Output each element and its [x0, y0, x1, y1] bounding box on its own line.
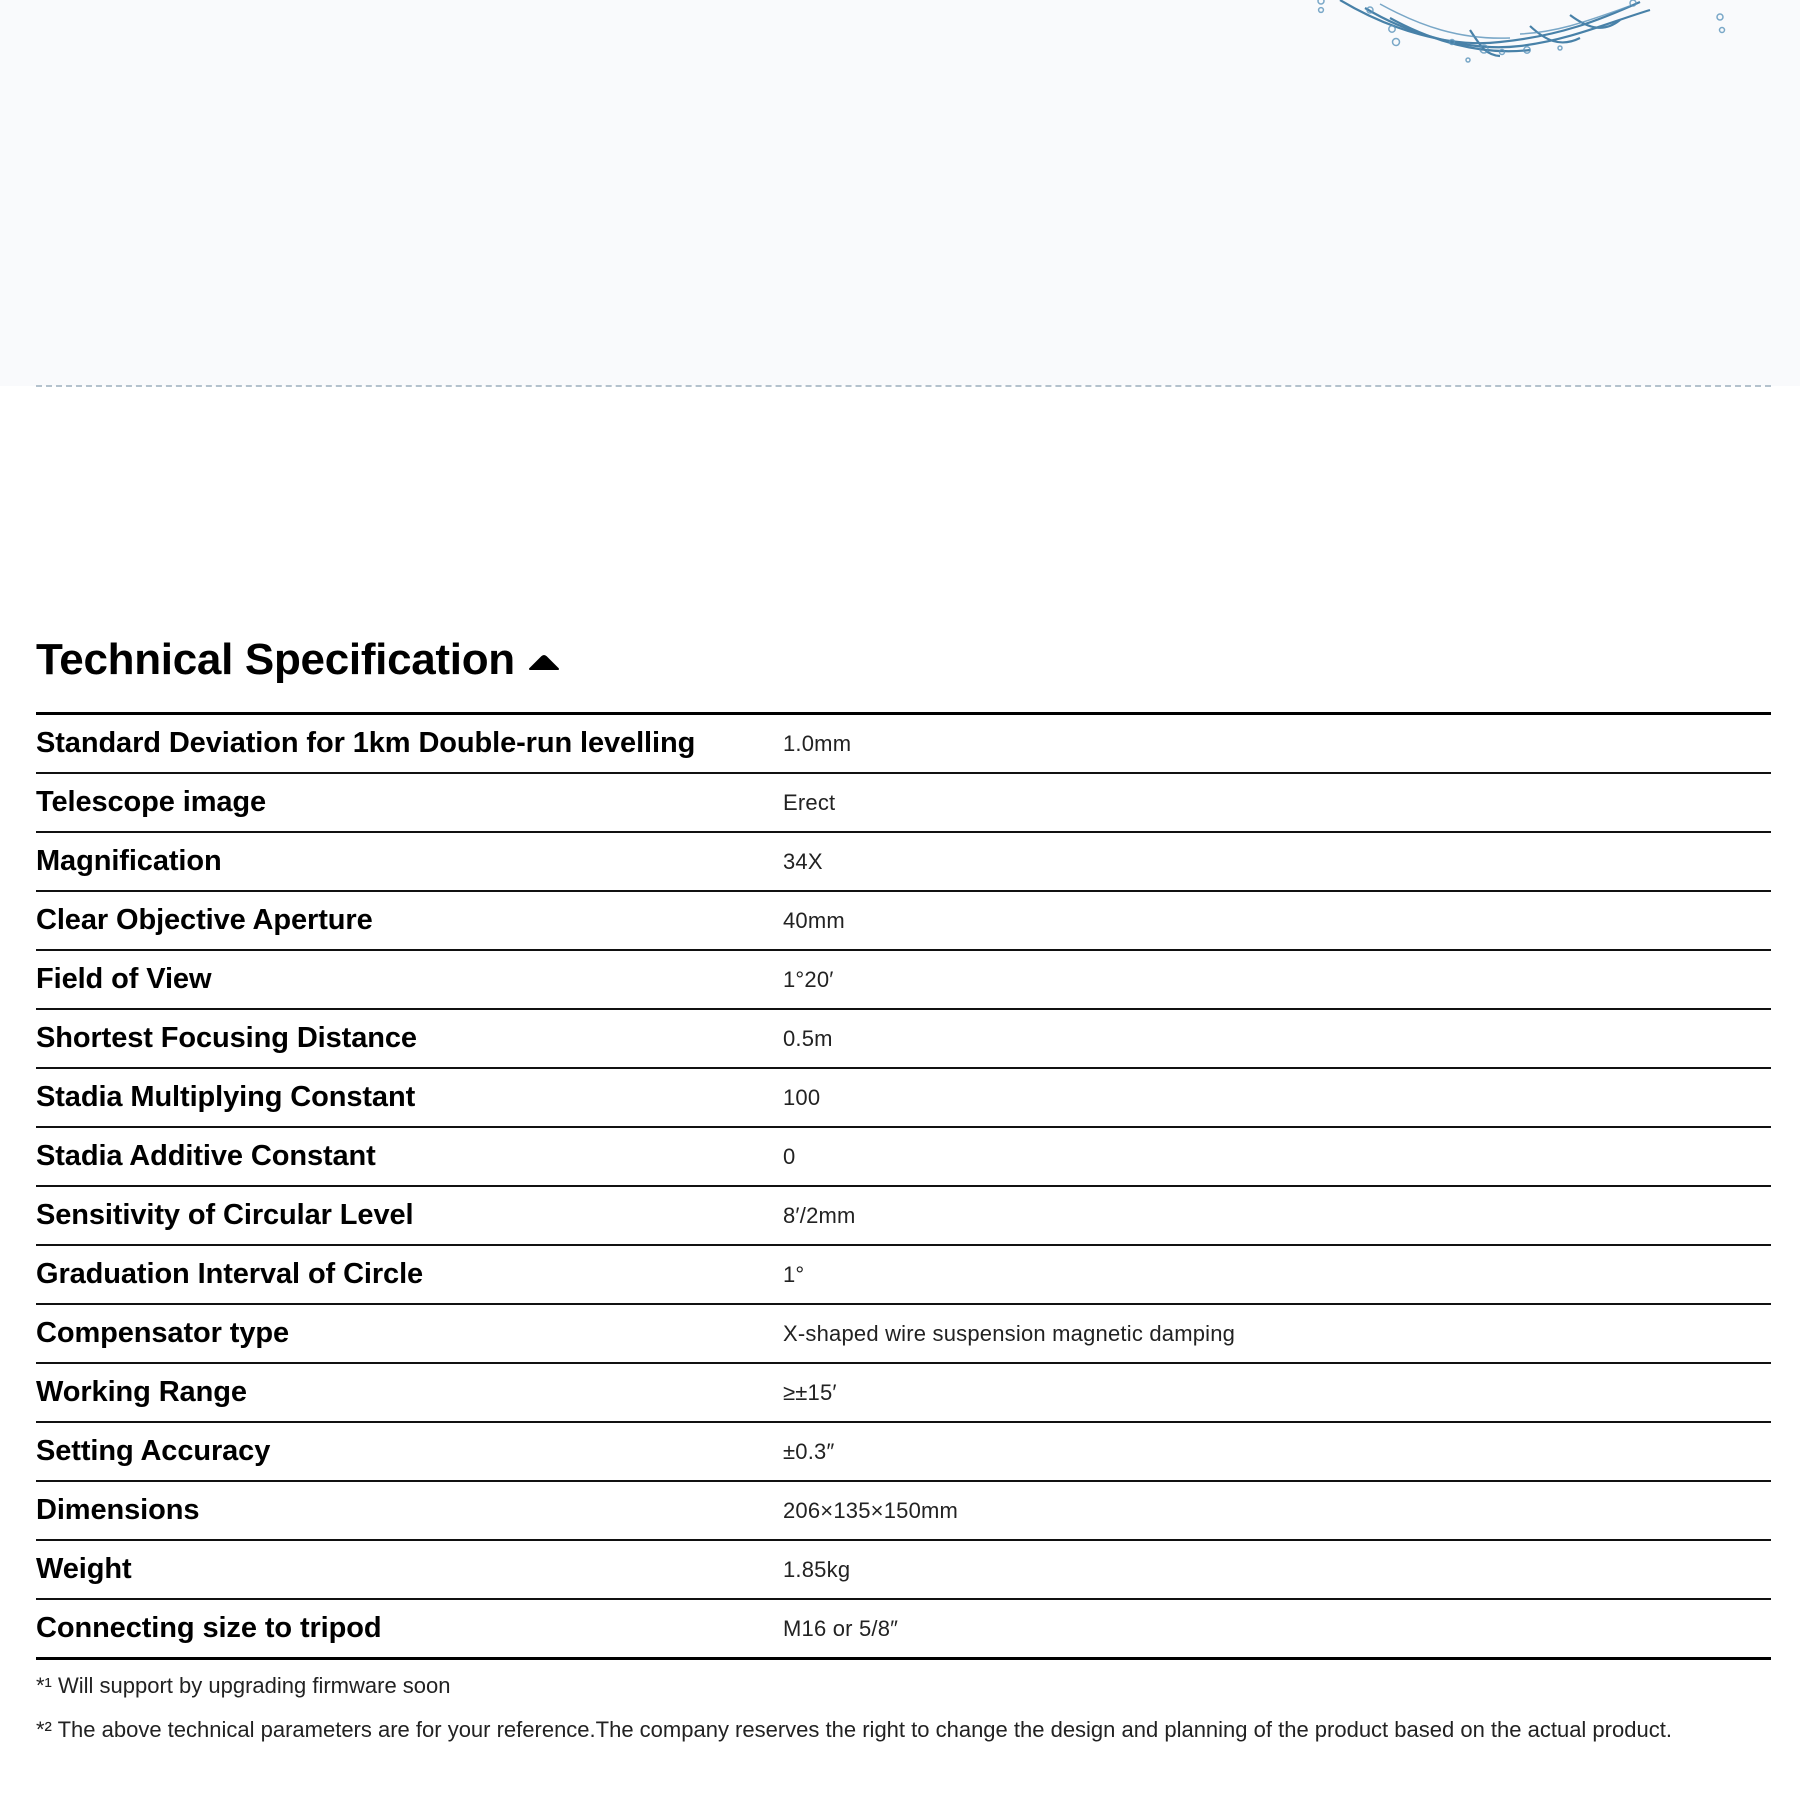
spec-row: Clear Objective Aperture40mm	[36, 892, 1771, 951]
spec-value: 34X	[783, 849, 823, 875]
spec-label: Weight	[36, 1553, 783, 1586]
spec-row: Compensator typeX-shaped wire suspension…	[36, 1305, 1771, 1364]
spec-row: Stadia Multiplying Constant100	[36, 1069, 1771, 1128]
spec-label: Stadia Additive Constant	[36, 1140, 783, 1173]
spec-row: Standard Deviation for 1km Double-run le…	[36, 715, 1771, 774]
spec-label: Stadia Multiplying Constant	[36, 1081, 783, 1114]
spec-value: M16 or 5/8″	[783, 1616, 898, 1642]
spec-row: Telescope imageErect	[36, 774, 1771, 833]
spec-label: Telescope image	[36, 786, 783, 819]
spec-row: Sensitivity of Circular Level8′/2mm	[36, 1187, 1771, 1246]
technical-specification-section: Technical Specification Standard Deviati…	[36, 628, 1771, 1660]
spec-table: Standard Deviation for 1km Double-run le…	[36, 712, 1771, 1660]
footnote: *² The above technical parameters are fo…	[36, 1714, 1796, 1758]
spec-value: 8′/2mm	[783, 1203, 856, 1229]
spec-label: Graduation Interval of Circle	[36, 1258, 783, 1291]
spec-row: Field of View1°20′	[36, 951, 1771, 1010]
spec-row: Setting Accuracy±0.3″	[36, 1423, 1771, 1482]
spec-row: Weight1.85kg	[36, 1541, 1771, 1600]
footnote: *¹ Will support by upgrading firmware so…	[36, 1670, 1796, 1714]
spec-value: 0	[783, 1144, 795, 1170]
spec-value: 100	[783, 1085, 820, 1111]
spec-value: X-shaped wire suspension magnetic dampin…	[783, 1321, 1235, 1347]
spec-value: Erect	[783, 790, 835, 816]
spec-value: ≥±15′	[783, 1380, 837, 1406]
spec-row: Shortest Focusing Distance0.5m	[36, 1010, 1771, 1069]
spec-row: Magnification34X	[36, 833, 1771, 892]
spec-row: Dimensions206×135×150mm	[36, 1482, 1771, 1541]
spec-label: Shortest Focusing Distance	[36, 1022, 783, 1055]
spec-label: Compensator type	[36, 1317, 783, 1350]
section-divider	[36, 385, 1771, 387]
spec-row: Connecting size to tripodM16 or 5/8″	[36, 1600, 1771, 1657]
spec-value: 40mm	[783, 908, 845, 934]
spec-value: 1°20′	[783, 967, 834, 993]
spec-row: Graduation Interval of Circle1°	[36, 1246, 1771, 1305]
spec-label: Dimensions	[36, 1494, 783, 1527]
section-title: Technical Specification	[36, 635, 515, 685]
spec-value: ±0.3″	[783, 1439, 834, 1465]
hero-banner	[0, 0, 1800, 386]
spec-value: 1.0mm	[783, 731, 851, 757]
spec-value: 1.85kg	[783, 1557, 850, 1583]
spec-label: Clear Objective Aperture	[36, 904, 783, 937]
spec-label: Setting Accuracy	[36, 1435, 783, 1468]
spec-row: Stadia Additive Constant0	[36, 1128, 1771, 1187]
spec-label: Magnification	[36, 845, 783, 878]
spec-value: 206×135×150mm	[783, 1498, 958, 1524]
spec-value: 0.5m	[783, 1026, 833, 1052]
spec-value: 1°	[783, 1262, 804, 1288]
spec-label: Connecting size to tripod	[36, 1612, 783, 1645]
spec-label: Working Range	[36, 1376, 783, 1409]
water-splash-image	[1270, 0, 1750, 70]
section-heading[interactable]: Technical Specification	[36, 628, 1771, 692]
spec-row: Working Range≥±15′	[36, 1364, 1771, 1423]
spec-label: Standard Deviation for 1km Double-run le…	[36, 727, 783, 760]
collapse-arrow-up-icon[interactable]	[527, 653, 561, 671]
spec-label: Field of View	[36, 963, 783, 996]
footnotes: *¹ Will support by upgrading firmware so…	[36, 1670, 1796, 1758]
spec-label: Sensitivity of Circular Level	[36, 1199, 783, 1232]
